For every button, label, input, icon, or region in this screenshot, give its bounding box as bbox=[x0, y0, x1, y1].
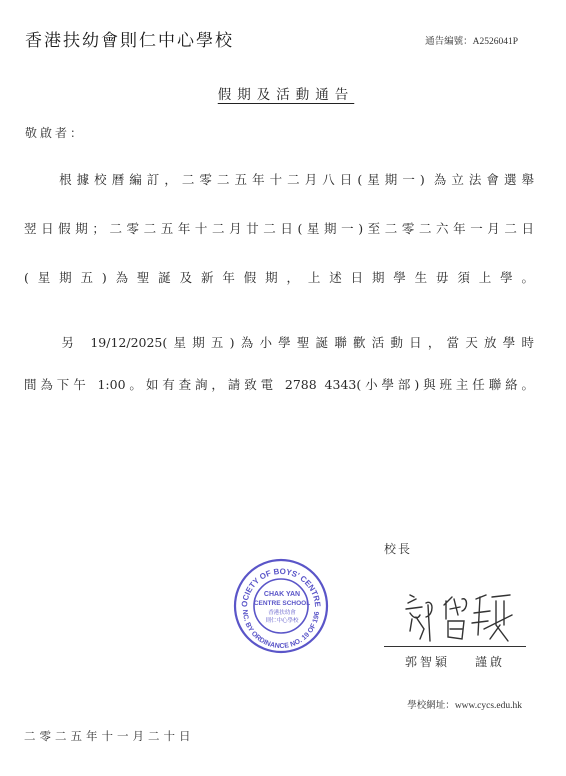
notice-title: 假期及活動通告 bbox=[0, 83, 566, 103]
paragraph-line: 間為下午 1:00。如有查詢，請致電 2788 4343(小學部)與班主任聯絡。 bbox=[24, 375, 534, 393]
notice-number-value: A2526041P bbox=[473, 37, 518, 47]
paragraph-line: 翌日假期；二零二五年十二月廿二日(星期一)至二零二六年一月二日 bbox=[24, 219, 534, 237]
principal-name: 郭智穎 bbox=[405, 653, 450, 670]
signature-line bbox=[384, 646, 526, 647]
website-label: 學校網址： bbox=[407, 701, 455, 711]
paragraph-line: 根據校曆編訂，二零二五年十二月八日(星期一) 為立法會選舉 bbox=[24, 170, 534, 188]
paragraph-line: 另 19/12/2025(星期五)為小學聖誕聯歡活動日，當天放學時 bbox=[24, 333, 534, 351]
school-name: 香港扶幼會則仁中心學校 bbox=[25, 26, 234, 51]
school-website: 學校網址：www.cycs.edu.hk bbox=[407, 697, 522, 711]
principal-title: 校長 bbox=[384, 540, 412, 557]
svg-text:則仁中心學校: 則仁中心學校 bbox=[265, 616, 299, 624]
handwritten-signature bbox=[400, 585, 520, 643]
closing-phrase: 謹啟 bbox=[475, 653, 505, 670]
salutation: 敬啟者： bbox=[25, 124, 85, 141]
notice-number: 通告編號：A2526041P bbox=[425, 33, 518, 47]
paragraph-line: (星期五)為聖誕及新年假期，上述日期學生毋須上學。 bbox=[24, 268, 534, 286]
website-link[interactable]: www.cycs.edu.hk bbox=[455, 701, 522, 711]
svg-text:香港扶幼會: 香港扶幼會 bbox=[268, 608, 296, 616]
svg-text:CENTRE SCHOOL: CENTRE SCHOOL bbox=[254, 600, 310, 607]
school-seal: SOCIETY OF BOYS' CENTRES INC. BY ORDINAN… bbox=[233, 558, 329, 654]
svg-text:CHAK YAN: CHAK YAN bbox=[264, 591, 300, 598]
notice-number-label: 通告編號： bbox=[425, 37, 473, 47]
issue-date: 二零二五年十一月二十日 bbox=[24, 728, 195, 744]
